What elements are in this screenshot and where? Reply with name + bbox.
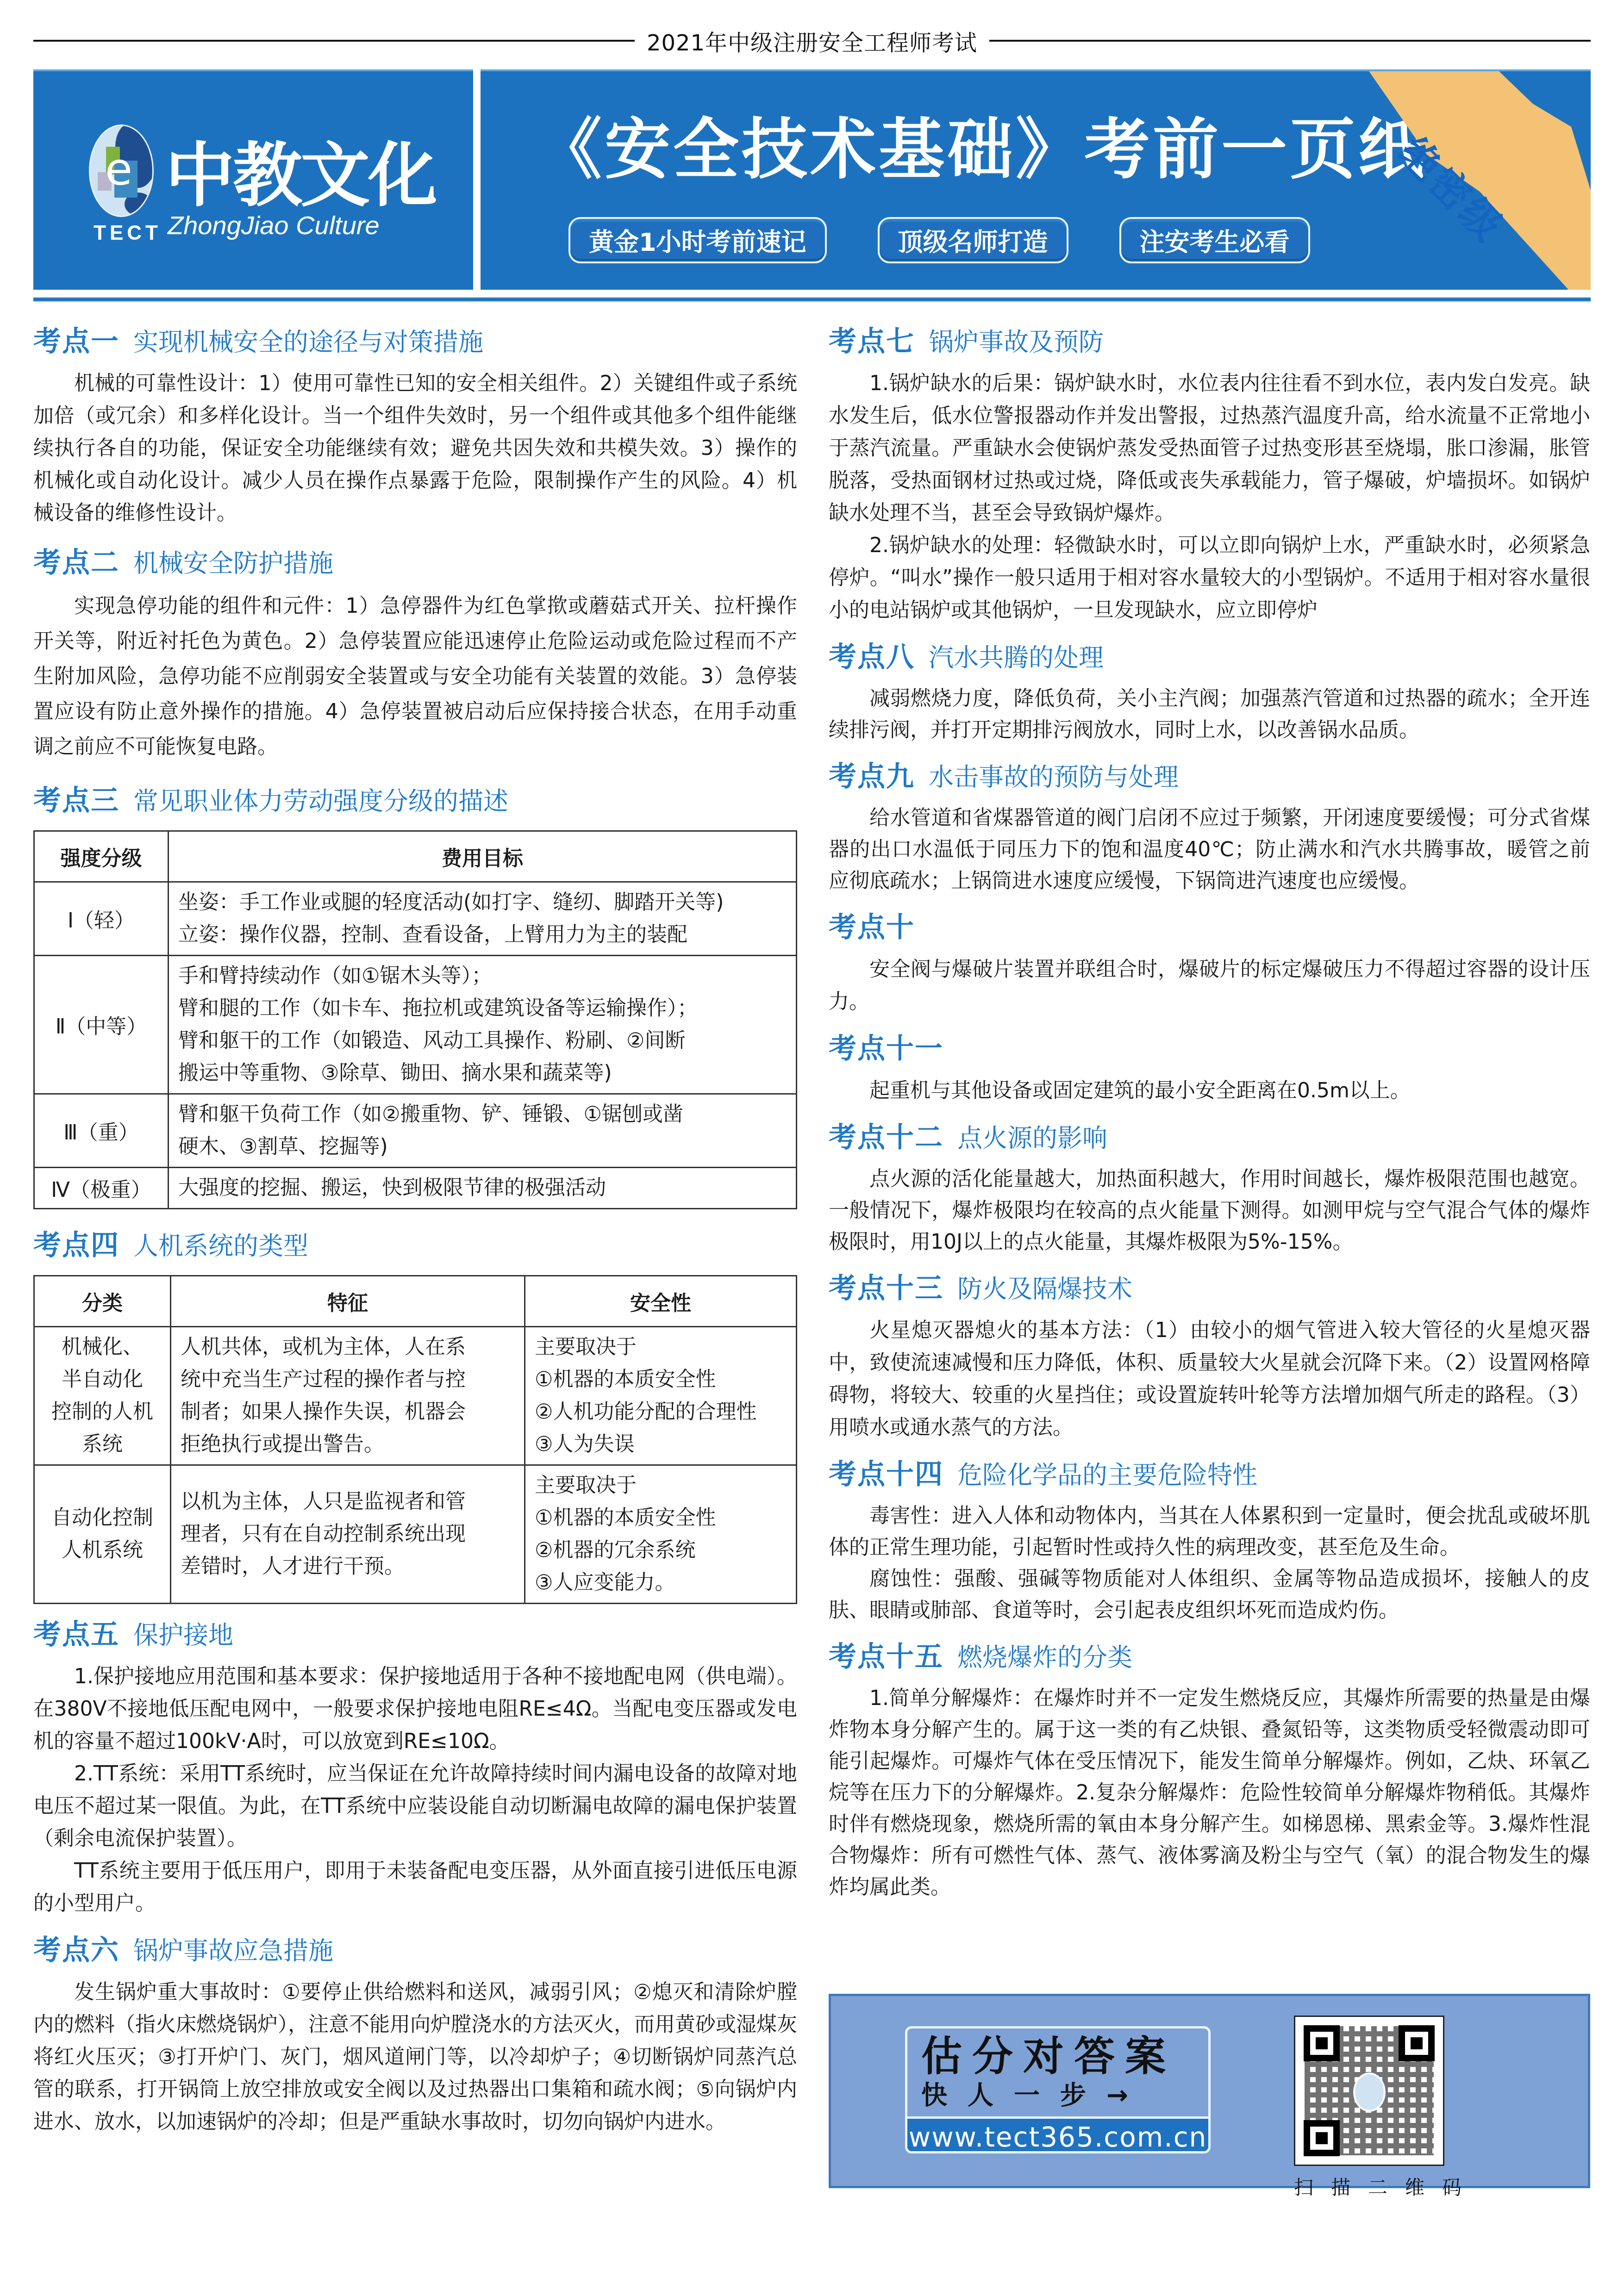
section-title: 水击事故的预防与处理 xyxy=(929,758,1179,793)
feature-cell: 人机共体，或机为主体，人在系 统中充当生产过程的操作者与控 制者；如果人操作失误… xyxy=(171,1327,525,1465)
section-number: 考点四 xyxy=(33,1223,119,1263)
qr-caption: 扫描二维码 xyxy=(1294,2172,1444,2200)
section-number: 考点十四 xyxy=(829,1452,943,1492)
section-3: 考点三 常见职业体力劳动强度分级的描述 强度分级 费用目标 Ⅰ（轻） 坐姿：手工… xyxy=(33,778,797,1209)
section-14: 考点十四 危险化学品的主要危险特性 毒害性：进入人体和动物体内，当其在人体累积到… xyxy=(829,1452,1590,1626)
section-number: 考点十一 xyxy=(829,1027,943,1066)
table-row: Ⅰ（轻） 坐姿：手工作业或腿的轻度活动(如打字、缝纫、脚踏开关等) 立姿：操作仪… xyxy=(34,882,797,956)
level-cell: Ⅳ（极重） xyxy=(34,1168,169,1209)
safety-cell: 主要取决于 ①机器的本质安全性 ②机器的冗余系统 ③人应变能力。 xyxy=(525,1465,797,1604)
table-row: Ⅳ（极重） 大强度的挖掘、搬运，快到极限节律的极强活动 xyxy=(34,1168,797,1209)
section-paragraph: 给水管道和省煤器管道的阀门启闭不应过于频繁，开闭速度要缓慢；可分式省煤器的出口水… xyxy=(829,803,1590,897)
section-paragraph: 2.锅炉缺水的处理：轻微缺水时，可以立即向锅炉上水，严重缺水时，必须紧急停炉。“… xyxy=(829,529,1590,627)
type-cell: 自动化控制 人机系统 xyxy=(34,1465,171,1604)
description-cell: 手和臂持续动作（如①锯木头等）； 臂和腿的工作（如卡车、拖拉机或建筑设备等运输操… xyxy=(169,956,797,1094)
section-title: 锅炉事故及预防 xyxy=(929,323,1104,358)
section-5: 考点五 保护接地 1.保护接地应用范围和基本要求：保护接地适用于各种不接地配电网… xyxy=(33,1612,797,1920)
section-paragraph: TT系统主要用于低压用户，即用于未装备配电变压器，从外面直接引进低压电源的小型用… xyxy=(33,1855,797,1920)
section-title: 汽水共腾的处理 xyxy=(929,638,1104,674)
tagline-pills: 黄金1小时考前速记 顶级名师打造 注安考生必看 xyxy=(568,217,1310,263)
section-10: 考点十 安全阀与爆破片装置并联组合时，爆破片的标定爆破压力不得超过容器的设计压力… xyxy=(829,905,1590,1018)
section-2: 考点二 机械安全防护措施 实现急停功能的组件和元件：1）急停器件为红色掌揿或蘑菇… xyxy=(33,541,797,765)
section-6: 考点六 锅炉事故应急措施 发生锅炉重大事故时：①要停止供给燃料和送风，减弱引风；… xyxy=(33,1928,797,2138)
section-1: 考点一 实现机械安全的途径与对策措施 机械的可靠性设计：1）使用可靠性已知的安全… xyxy=(33,319,797,529)
exam-title: 2021年中级注册安全工程师考试 xyxy=(635,25,989,57)
column-header: 费用目标 xyxy=(169,831,797,882)
section-heading: 考点五 保护接地 xyxy=(33,1612,797,1652)
section-heading: 考点十一 xyxy=(829,1027,1590,1066)
tagline-pill: 顶级名师打造 xyxy=(878,217,1068,263)
section-heading: 考点九 水击事故的预防与处理 xyxy=(829,754,1590,794)
tagline-pill: 注安考生必看 xyxy=(1119,217,1310,263)
section-heading: 考点一 实现机械安全的途径与对策措施 xyxy=(33,319,797,359)
left-column: 考点一 实现机械安全的途径与对策措施 机械的可靠性设计：1）使用可靠性已知的安全… xyxy=(33,311,797,2138)
arrow-right-icon: → xyxy=(1106,2080,1149,2110)
column-header: 特征 xyxy=(171,1276,525,1327)
section-paragraph: 1.保护接地应用范围和基本要求：保护接地适用于各种不接地配电网（供电端）。在38… xyxy=(33,1661,797,1758)
logo-abbr: TECT xyxy=(94,222,162,245)
section-4: 考点四 人机系统的类型 分类 特征 安全性 机械化、 半自动化 控制的人机 系统… xyxy=(33,1223,797,1604)
feature-cell: 以机为主体，人只是监视者和管 理者，只有在自动控制系统出现 差错时，人才进行干预… xyxy=(171,1465,525,1604)
level-cell: Ⅲ（重） xyxy=(34,1094,169,1168)
section-paragraph: 1.简单分解爆炸：在爆炸时并不一定发生燃烧反应，其爆炸所需要的热量是由爆炸物本身… xyxy=(829,1683,1590,1903)
divider-rule-right xyxy=(989,40,1591,42)
table-header-row: 分类 特征 安全性 xyxy=(34,1276,797,1327)
table-header-row: 强度分级 费用目标 xyxy=(34,831,797,882)
human-machine-system-table: 分类 特征 安全性 机械化、 半自动化 控制的人机 系统 人机共体，或机为主体，… xyxy=(33,1275,797,1604)
section-heading: 考点七 锅炉事故及预防 xyxy=(829,319,1590,359)
section-paragraph: 点火源的活化能量越大，加热面积越大，作用时间越长，爆炸极限范围也越宽。一般情况下… xyxy=(829,1164,1590,1258)
section-paragraph: 腐蚀性：强酸、强碱等物质能对人体组织、金属等物品造成损坏，接触人的皮肤、眼睛或肺… xyxy=(829,1563,1590,1626)
divider-rule-left xyxy=(33,40,635,42)
globe-logo-icon: e xyxy=(89,124,154,217)
section-title: 常见职业体力劳动强度分级的描述 xyxy=(133,782,508,817)
section-7: 考点七 锅炉事故及预防 1.锅炉缺水的后果：锅炉缺水时，水位表内往往看不到水位，… xyxy=(829,319,1590,627)
column-header: 强度分级 xyxy=(34,831,169,882)
logo-panel: e TECT 中教文化 ZhongJiao Culture xyxy=(33,69,473,290)
section-heading: 考点三 常见职业体力劳动强度分级的描述 xyxy=(33,778,797,818)
promo-box: 估分对答案 快人一步→ www.tect365.com.cn 扫描二维码 xyxy=(829,1994,1590,2188)
secret-badge: 绝密级 xyxy=(1355,69,1591,290)
section-title: 机械安全防护措施 xyxy=(133,544,333,579)
section-paragraph: 安全阀与爆破片装置并联组合时，爆破片的标定爆破压力不得超过容器的设计压力。 xyxy=(829,953,1590,1018)
promo-subline: 快人一步→ xyxy=(921,2079,1194,2112)
section-title: 防火及隔爆技术 xyxy=(957,1269,1132,1305)
section-title: 人机系统的类型 xyxy=(133,1226,308,1262)
section-number: 考点五 xyxy=(33,1612,119,1652)
description-cell: 坐姿：手工作业或腿的轻度活动(如打字、缝纫、脚踏开关等) 立姿：操作仪器，控制、… xyxy=(169,882,797,956)
header-divider xyxy=(33,297,1591,302)
section-heading: 考点十四 危险化学品的主要危险特性 xyxy=(829,1452,1590,1492)
labor-intensity-table: 强度分级 费用目标 Ⅰ（轻） 坐姿：手工作业或腿的轻度活动(如打字、缝纫、脚踏开… xyxy=(33,830,797,1209)
column-header: 分类 xyxy=(34,1276,171,1327)
section-number: 考点十五 xyxy=(829,1635,943,1674)
section-title: 燃烧爆炸的分类 xyxy=(957,1638,1132,1674)
table-row: 机械化、 半自动化 控制的人机 系统 人机共体，或机为主体，人在系 统中充当生产… xyxy=(34,1327,797,1465)
safety-cell: 主要取决于 ①机器的本质安全性 ②人机功能分配的合理性 ③人为失误 xyxy=(525,1327,797,1465)
column-header: 安全性 xyxy=(525,1276,797,1327)
type-cell: 机械化、 半自动化 控制的人机 系统 xyxy=(34,1327,171,1465)
website-link[interactable]: www.tect365.com.cn xyxy=(907,2116,1208,2153)
section-15: 考点十五 燃烧爆炸的分类 1.简单分解爆炸：在爆炸时并不一定发生燃烧反应，其爆炸… xyxy=(829,1635,1590,1903)
section-number: 考点三 xyxy=(33,778,119,818)
section-title: 实现机械安全的途径与对策措施 xyxy=(133,323,483,358)
section-12: 考点十二 点火源的影响 点火源的活化能量越大，加热面积越大，作用时间越长，爆炸极… xyxy=(829,1115,1590,1258)
section-11: 考点十一 起重机与其他设备或固定建筑的最小安全距离在0.5m以上。 xyxy=(829,1027,1590,1107)
section-heading: 考点十三 防火及隔爆技术 xyxy=(829,1266,1590,1306)
section-number: 考点二 xyxy=(33,541,119,580)
section-heading: 考点十五 燃烧爆炸的分类 xyxy=(829,1635,1590,1674)
section-title: 保护接地 xyxy=(133,1616,233,1651)
section-heading: 考点二 机械安全防护措施 xyxy=(33,541,797,580)
section-number: 考点一 xyxy=(33,319,119,359)
section-title: 点火源的影响 xyxy=(957,1119,1107,1154)
section-heading: 考点八 汽水共腾的处理 xyxy=(829,635,1590,675)
section-number: 考点十 xyxy=(829,905,915,945)
tagline-pill: 黄金1小时考前速记 xyxy=(568,217,827,263)
brand-name-cn: 中教文化 xyxy=(165,136,436,215)
header-banner: e TECT 中教文化 ZhongJiao Culture 《安全技术基础》考前… xyxy=(33,69,1591,290)
title-panel: 《安全技术基础》考前一页纸 黄金1小时考前速记 顶级名师打造 注安考生必看 绝密… xyxy=(481,69,1591,290)
section-number: 考点九 xyxy=(829,754,915,794)
section-number: 考点七 xyxy=(829,319,915,359)
section-number: 考点八 xyxy=(829,635,915,675)
right-column: 考点七 锅炉事故及预防 1.锅炉缺水的后果：锅炉缺水时，水位表内往往看不到水位，… xyxy=(829,311,1590,1903)
section-paragraph: 火星熄灭器熄火的基本方法：（1）由较小的烟气管进入较大管径的火星熄灭器中，致使流… xyxy=(829,1314,1590,1444)
section-paragraph: 2.TT系统：采用TT系统时，应当保证在允许故障持续时间内漏电设备的故障对地电压… xyxy=(33,1758,797,1855)
section-heading: 考点十二 点火源的影响 xyxy=(829,1115,1590,1155)
brand-name-en: ZhongJiao Culture xyxy=(168,210,380,240)
promo-panel: 估分对答案 快人一步→ www.tect365.com.cn xyxy=(905,2026,1211,2153)
section-paragraph: 发生锅炉重大事故时：①要停止供给燃料和送风，减弱引风；②熄灭和清除炉膛内的燃料（… xyxy=(33,1976,797,2138)
section-paragraph: 减弱燃烧力度，降低负荷，关小主汽阀；加强蒸汽管道和过热器的疏水；全开连续排污阀，… xyxy=(829,683,1590,746)
description-cell: 臂和躯干负荷工作（如②搬重物、铲、锤锻、①锯刨或凿 硬木、③割草、挖掘等) xyxy=(169,1094,797,1168)
description-cell: 大强度的挖掘、搬运，快到极限节律的极强活动 xyxy=(169,1168,797,1209)
section-heading: 考点四 人机系统的类型 xyxy=(33,1223,797,1263)
table-row: Ⅱ（中等） 手和臂持续动作（如①锯木头等）； 臂和腿的工作（如卡车、拖拉机或建筑… xyxy=(34,956,797,1094)
section-paragraph: 机械的可靠性设计：1）使用可靠性已知的安全相关组件。2）关键组件或子系统加倍（或… xyxy=(33,367,797,529)
qr-code-icon[interactable] xyxy=(1294,2016,1444,2166)
section-paragraph: 实现急停功能的组件和元件：1）急停器件为红色掌揿或蘑菇式开关、拉杆操作开关等，附… xyxy=(33,589,797,765)
level-cell: Ⅱ（中等） xyxy=(34,956,169,1094)
section-paragraph: 1.锅炉缺水的后果：锅炉缺水时，水位表内往往看不到水位，表内发白发亮。缺水发生后… xyxy=(829,367,1590,529)
promo-headline: 估分对答案 xyxy=(921,2033,1194,2079)
section-paragraph: 起重机与其他设备或固定建筑的最小安全距离在0.5m以上。 xyxy=(829,1075,1590,1107)
table-row: Ⅲ（重） 臂和躯干负荷工作（如②搬重物、铲、锤锻、①锯刨或凿 硬木、③割草、挖掘… xyxy=(34,1094,797,1168)
section-title: 危险化学品的主要危险特性 xyxy=(957,1456,1257,1491)
page-title: 《安全技术基础》考前一页纸 xyxy=(536,108,1427,192)
qr-code-block: 扫描二维码 xyxy=(1294,2016,1444,2201)
section-8: 考点八 汽水共腾的处理 减弱燃烧力度，降低负荷，关小主汽阀；加强蒸汽管道和过热器… xyxy=(829,635,1590,746)
exam-title-line: 2021年中级注册安全工程师考试 xyxy=(33,27,1591,55)
section-13: 考点十三 防火及隔爆技术 火星熄灭器熄火的基本方法：（1）由较小的烟气管进入较大… xyxy=(829,1266,1590,1444)
section-paragraph: 毒害性：进入人体和动物体内，当其在人体累积到一定量时，便会扰乱或破坏肌体的正常生… xyxy=(829,1500,1590,1563)
section-number: 考点十三 xyxy=(829,1266,943,1306)
section-heading: 考点六 锅炉事故应急措施 xyxy=(33,1928,797,1968)
section-title: 锅炉事故应急措施 xyxy=(133,1931,333,1967)
table-row: 自动化控制 人机系统 以机为主体，人只是监视者和管 理者，只有在自动控制系统出现… xyxy=(34,1465,797,1604)
section-number: 考点六 xyxy=(33,1928,119,1968)
level-cell: Ⅰ（轻） xyxy=(34,882,169,956)
section-number: 考点十二 xyxy=(829,1115,943,1155)
section-9: 考点九 水击事故的预防与处理 给水管道和省煤器管道的阀门启闭不应过于频繁，开闭速… xyxy=(829,754,1590,897)
section-heading: 考点十 xyxy=(829,905,1590,945)
logo-icon xyxy=(1353,2072,1386,2112)
